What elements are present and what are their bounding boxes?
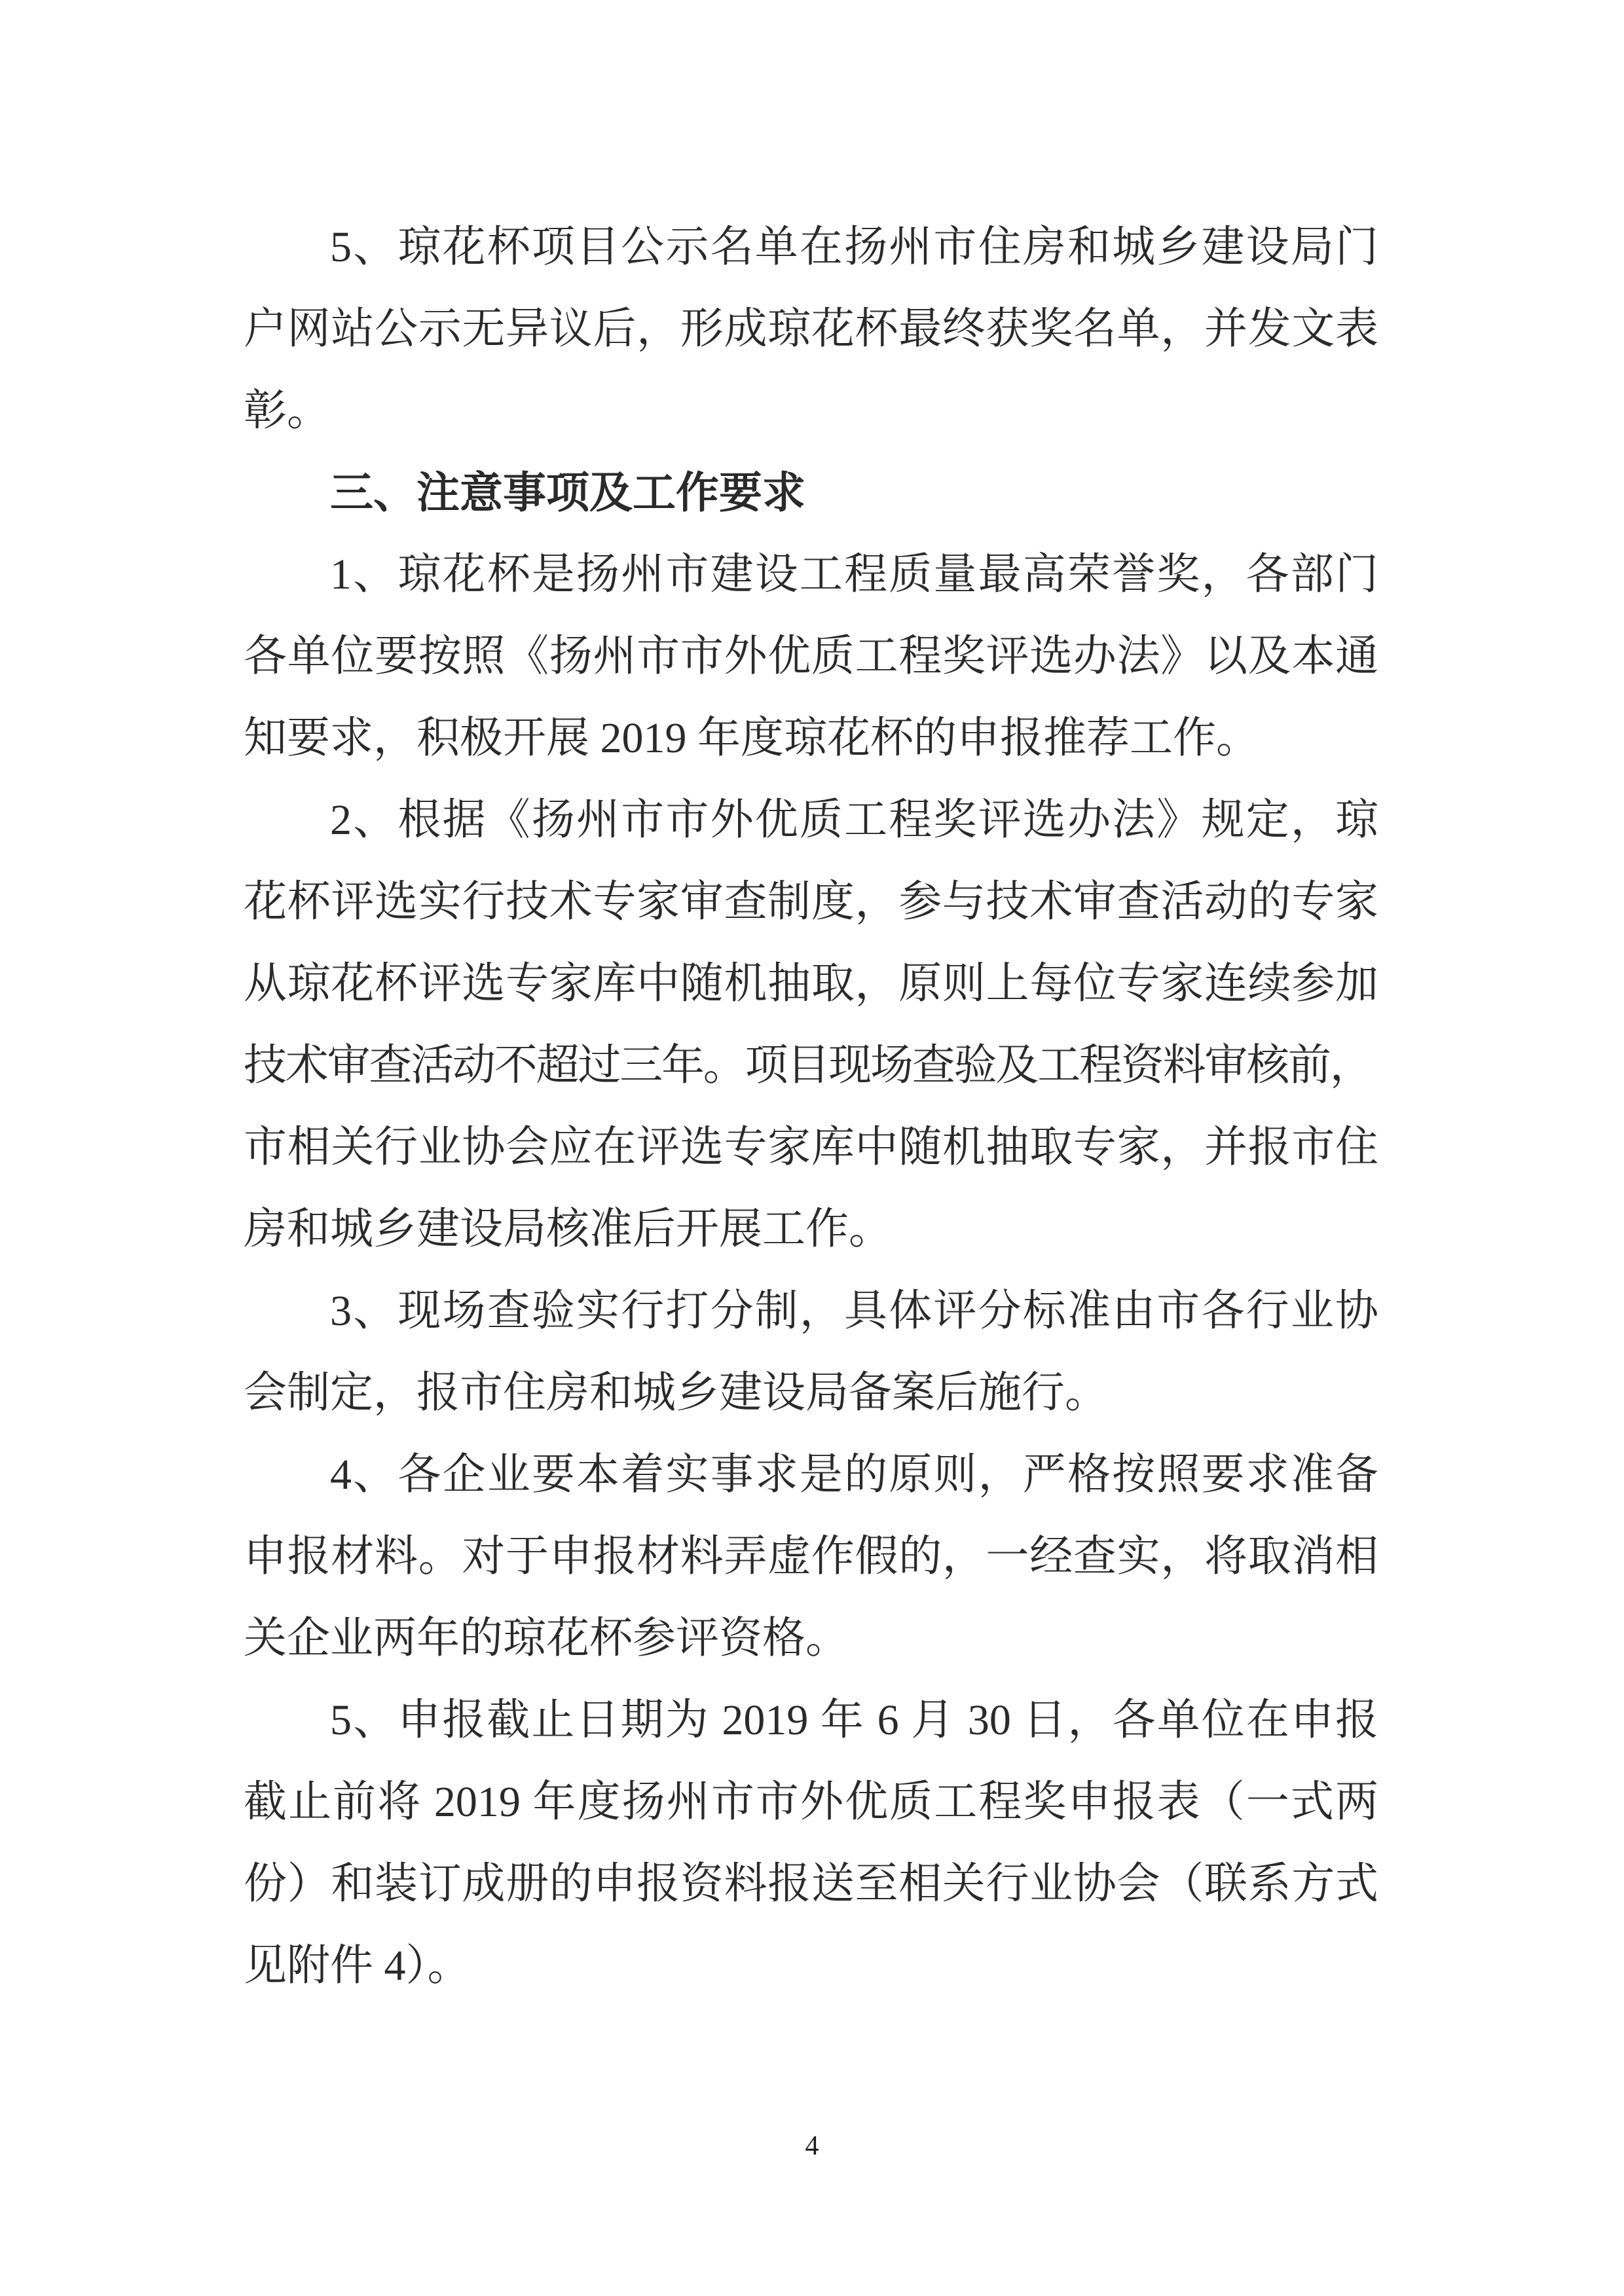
item4-line-2: 申报材料。对于申报材料弄虚作假的，一经查实，将取消相 (244, 1516, 1378, 1597)
item5-line-2: 截止前将 2019 年度扬州市市外优质工程奖申报表（一式两 (244, 1761, 1378, 1843)
item2-line-4: 技术审查活动不超过三年。项目现场查验及工程资料审核前， (244, 1025, 1378, 1106)
item4-line-3: 关企业两年的琼花杯参评资格。 (244, 1597, 1378, 1679)
item1-line-1: 1、琼花杯是扬州市建设工程质量最高荣誉奖，各部门 (244, 534, 1378, 615)
item4-line-1: 4、各企业要本着实事求是的原则，严格按照要求准备 (244, 1434, 1378, 1516)
paragraph-public-list-line-2: 户网站公示无异议后，形成琼花杯最终获奖名单，并发文表 (244, 288, 1378, 370)
item1-line-2: 各单位要按照《扬州市市外优质工程奖评选办法》以及本通 (244, 615, 1378, 697)
paragraph-public-list-line-3: 彰。 (244, 370, 1378, 452)
item2-line-2: 花杯评选实行技术专家审查制度，参与技术审查活动的专家 (244, 861, 1378, 943)
paragraph-public-list-line-1: 5、琼花杯项目公示名单在扬州市住房和城乡建设局门 (244, 206, 1378, 288)
item5-line-3: 份）和装订成册的申报资料报送至相关行业协会（联系方式 (244, 1843, 1378, 1925)
document-page: 5、琼花杯项目公示名单在扬州市住房和城乡建设局门 户网站公示无异议后，形成琼花杯… (0, 0, 1624, 2296)
item2-line-5: 市相关行业协会应在评选专家库中随机抽取专家，并报市住 (244, 1106, 1378, 1188)
item3-line-2: 会制定，报市住房和城乡建设局备案后施行。 (244, 1352, 1378, 1434)
item5-line-1: 5、申报截止日期为 2019 年 6 月 30 日，各单位在申报 (244, 1679, 1378, 1761)
item2-line-3: 从琼花杯评选专家库中随机抽取，原则上每位专家连续参加 (244, 943, 1378, 1025)
document-body: 5、琼花杯项目公示名单在扬州市住房和城乡建设局门 户网站公示无异议后，形成琼花杯… (244, 206, 1378, 2007)
item1-line-3: 知要求，积极开展 2019 年度琼花杯的申报推荐工作。 (244, 697, 1378, 779)
item3-line-1: 3、现场查验实行打分制，具体评分标准由市各行业协 (244, 1270, 1378, 1352)
item2-line-1: 2、根据《扬州市市外优质工程奖评选办法》规定，琼 (244, 779, 1378, 861)
item5-line-4: 见附件 4）。 (244, 1925, 1378, 2007)
item2-line-6: 房和城乡建设局核准后开展工作。 (244, 1188, 1378, 1270)
section-heading: 三、注意事项及工作要求 (244, 452, 1378, 534)
page-number: 4 (0, 2128, 1624, 2164)
